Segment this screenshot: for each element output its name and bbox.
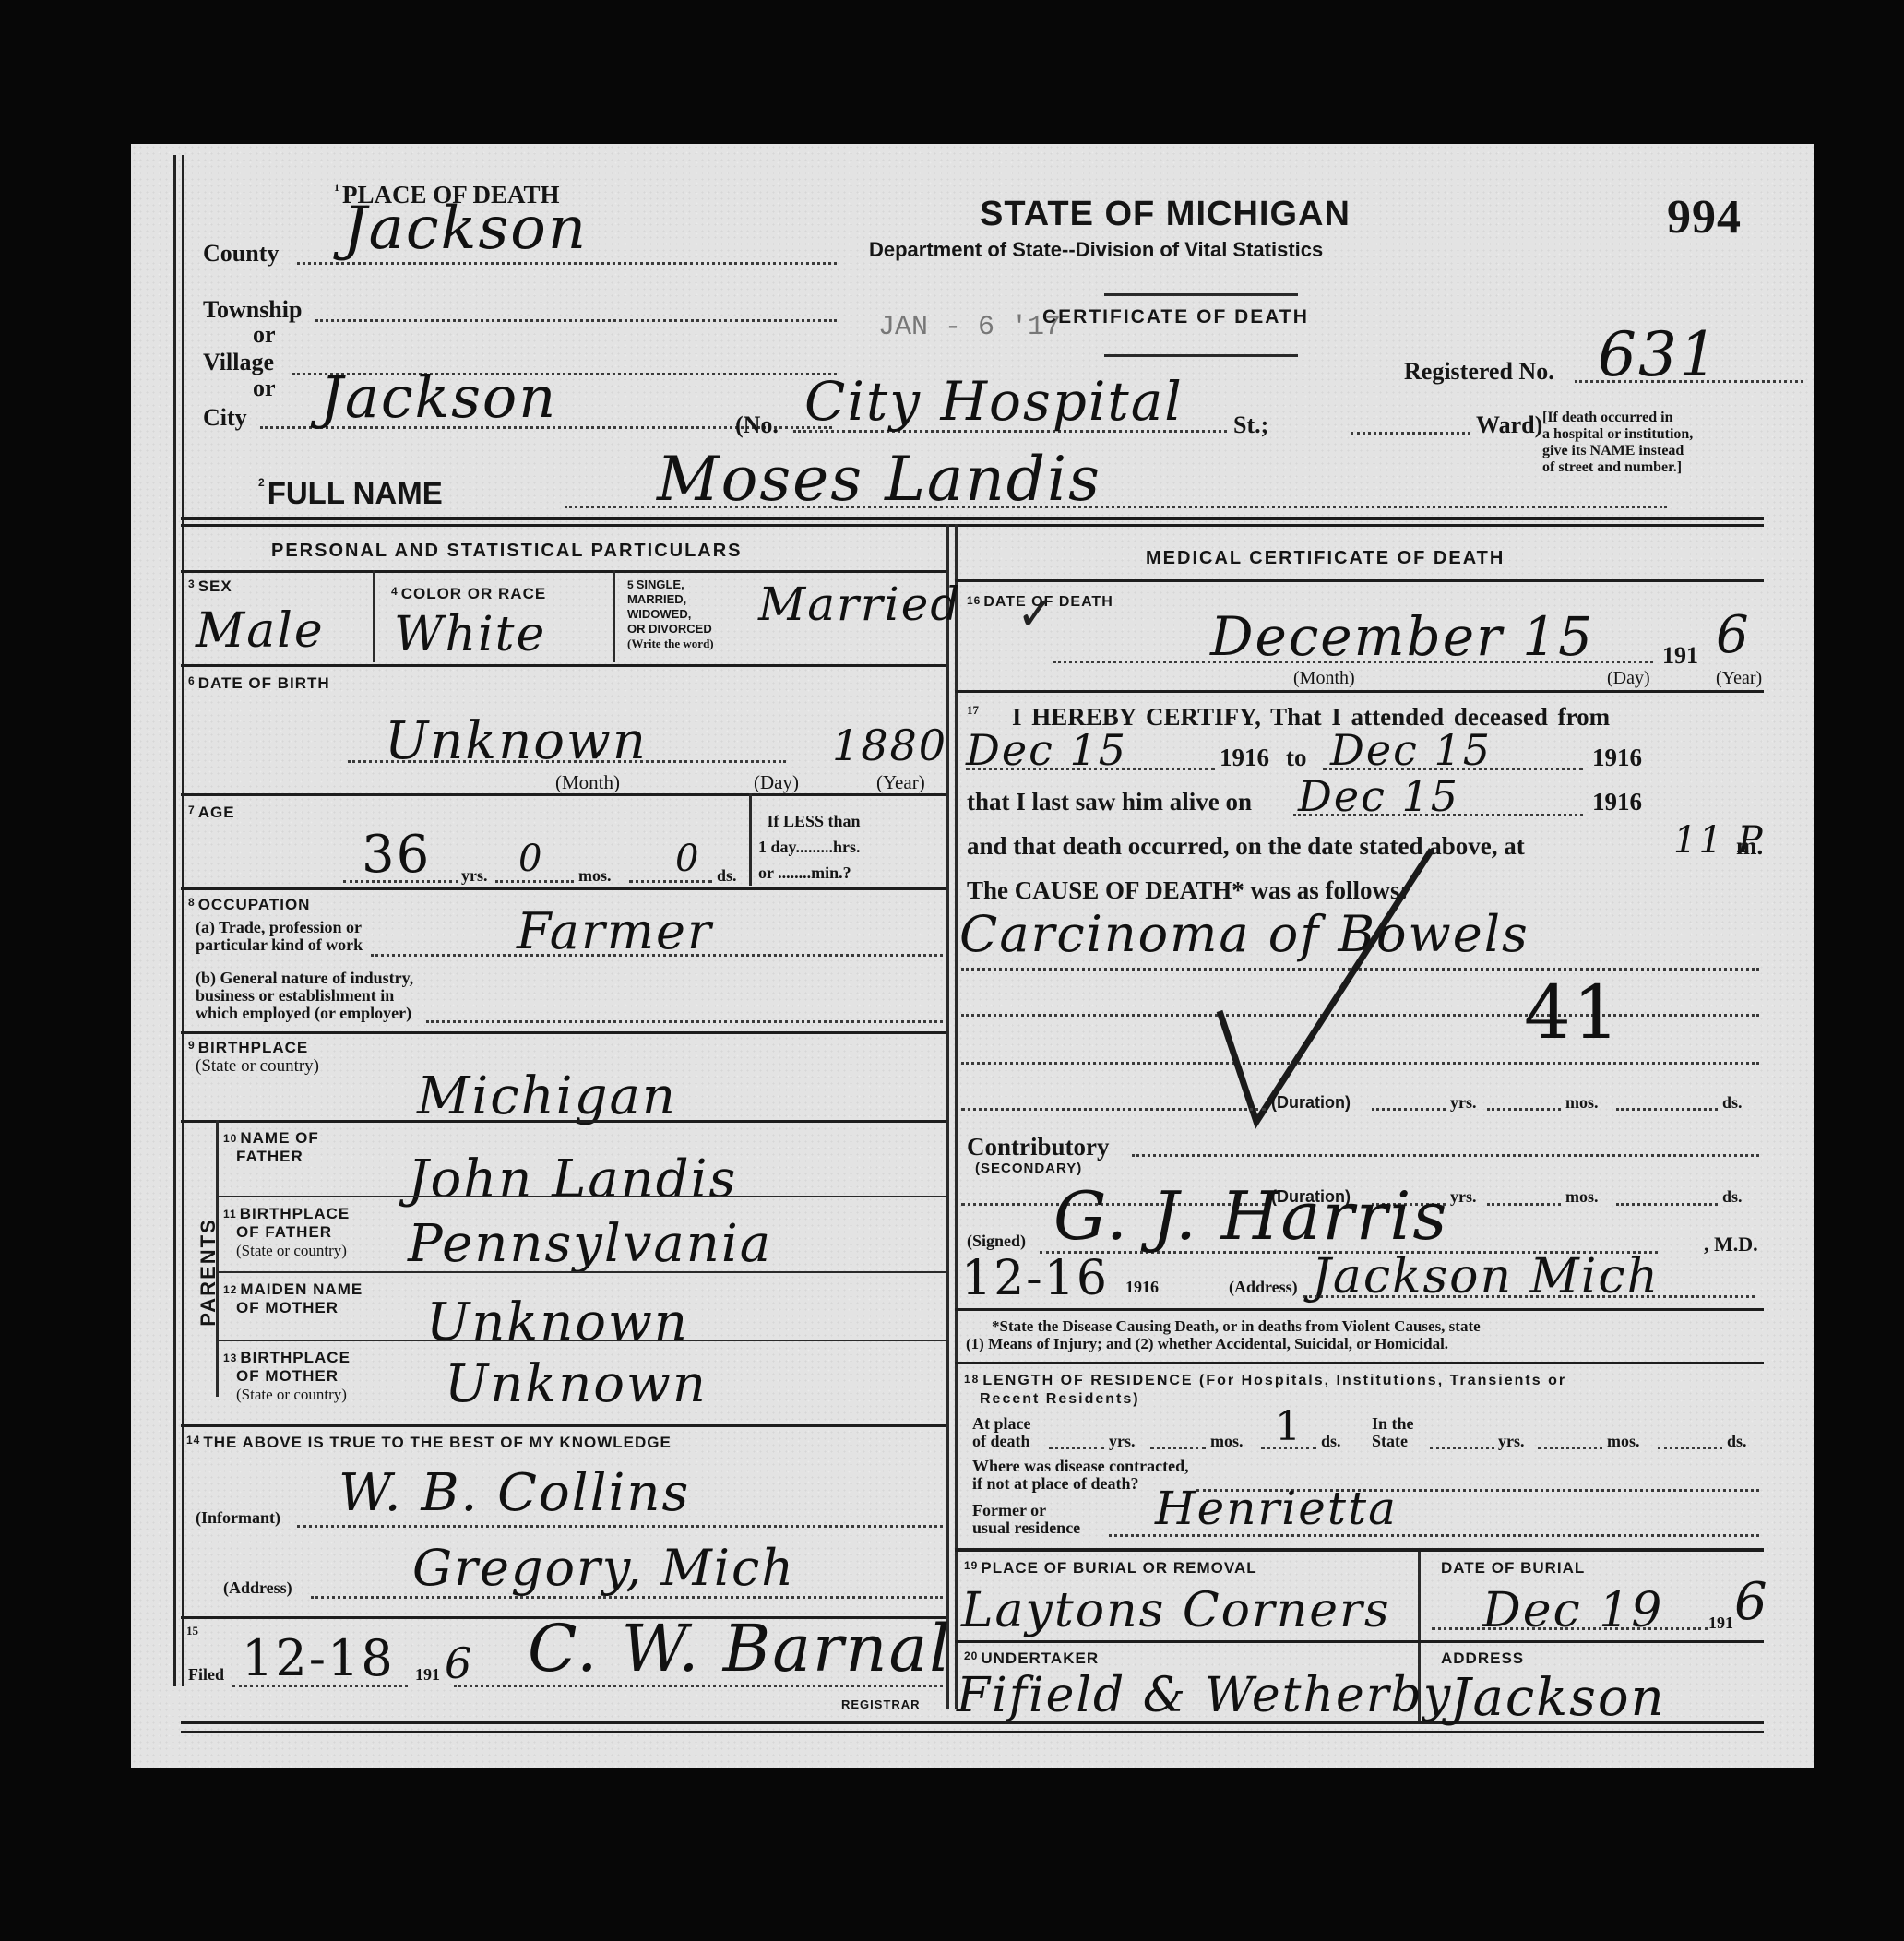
received-stamp: JAN - 6 '17 bbox=[878, 312, 1061, 343]
contributory-mos: mos. bbox=[1565, 1188, 1599, 1206]
contributory-line bbox=[1132, 1154, 1759, 1157]
certify-num: 17 bbox=[967, 701, 979, 719]
burial-date-label: DATE OF BURIAL bbox=[1441, 1559, 1585, 1578]
father-name-value: John Landis bbox=[408, 1149, 737, 1209]
duration-mos: mos. bbox=[1565, 1094, 1599, 1112]
year-caption: (Year) bbox=[1716, 668, 1762, 689]
section-rule bbox=[181, 524, 1764, 527]
signed-label: (Signed) bbox=[967, 1232, 1026, 1250]
sex-label: 3SEX bbox=[188, 578, 232, 596]
dob-year: 1880 bbox=[832, 720, 947, 770]
last-saw-year: 1916 bbox=[1592, 788, 1642, 816]
registered-number: 631 bbox=[1598, 319, 1720, 390]
hospital-note: [If death occurred in a hospital or inst… bbox=[1542, 410, 1693, 476]
to-label: to bbox=[1286, 744, 1307, 772]
mother-birthplace-value: Unknown bbox=[445, 1354, 708, 1414]
month-caption: (Month) bbox=[1293, 668, 1355, 689]
burial-year-digit: 6 bbox=[1734, 1572, 1769, 1632]
contributory-ds-line bbox=[1616, 1203, 1718, 1206]
attended-to-line bbox=[1323, 768, 1583, 770]
divider bbox=[1104, 354, 1298, 357]
code-mark: 41 bbox=[1524, 970, 1622, 1055]
rule bbox=[955, 1548, 1764, 1552]
informant-address-value: Gregory, Mich bbox=[412, 1539, 795, 1597]
footnote: *State the Disease Causing Death, or in … bbox=[966, 1317, 1481, 1352]
contributory-mos-line bbox=[1487, 1203, 1561, 1206]
at-place-mos-line bbox=[1150, 1447, 1206, 1449]
father-name-label: 10NAME OF FATHER bbox=[223, 1129, 319, 1166]
former-residence-label: Former or usual residence bbox=[972, 1502, 1080, 1537]
registrar-label: REGISTRAR bbox=[841, 1697, 921, 1711]
at-place-yrs: yrs. bbox=[1109, 1433, 1136, 1450]
at-place-mos: mos. bbox=[1210, 1433, 1244, 1450]
at-place-days: 1 bbox=[1275, 1403, 1303, 1450]
filing-num: 15 bbox=[186, 1622, 198, 1639]
filed-date: 12-18 bbox=[242, 1629, 395, 1687]
cell-divider bbox=[613, 570, 615, 662]
undertaker-address-value: Jackson bbox=[1450, 1668, 1666, 1728]
age-months-line bbox=[495, 880, 574, 883]
marital-value: Married bbox=[758, 578, 961, 631]
age-years-line bbox=[343, 880, 458, 883]
filed-year-prefix: 191 bbox=[415, 1666, 440, 1684]
duration-line bbox=[961, 1108, 1266, 1111]
yrs-label: yrs. bbox=[461, 867, 488, 885]
in-state-mos: mos. bbox=[1607, 1433, 1640, 1450]
day-caption: (Day) bbox=[1607, 668, 1650, 689]
informant-line bbox=[297, 1525, 943, 1528]
birthplace-label: 9BIRTHPLACE bbox=[188, 1039, 308, 1057]
rule bbox=[181, 793, 946, 796]
undertaker-value: Fifield & Wetherby bbox=[957, 1668, 1452, 1723]
full-name-label: 2FULL NAME bbox=[258, 476, 443, 511]
filed-label: Filed bbox=[188, 1666, 224, 1684]
in-state-ds-line bbox=[1658, 1447, 1722, 1449]
center-divider bbox=[946, 524, 949, 1709]
time-suffix: m. bbox=[1736, 832, 1763, 861]
rule bbox=[216, 1271, 946, 1273]
duration-yrs-line bbox=[1372, 1108, 1446, 1111]
informant-value: W. B. Collins bbox=[339, 1463, 690, 1523]
street-no-label: (No. bbox=[735, 411, 779, 439]
rule bbox=[181, 1031, 946, 1034]
rule bbox=[955, 1308, 1764, 1311]
informant-label: (Informant) bbox=[196, 1509, 280, 1527]
mother-name-value: Unknown bbox=[426, 1292, 689, 1352]
ward-line bbox=[1351, 432, 1470, 435]
dod-year-digit: 6 bbox=[1716, 605, 1751, 665]
attended-from-line bbox=[966, 768, 1215, 770]
occupation-b-line bbox=[426, 1020, 943, 1023]
age-years: 36 bbox=[362, 825, 431, 885]
checkmark-icon: ✓ bbox=[1017, 587, 1055, 640]
dob-label: 6DATE OF BIRTH bbox=[188, 674, 330, 693]
left-border-line bbox=[182, 155, 184, 1686]
at-place-yrs-line bbox=[1049, 1447, 1104, 1449]
race-label: 4COLOR OR RACE bbox=[391, 585, 546, 603]
rule bbox=[181, 664, 946, 667]
age-label: 7AGE bbox=[188, 804, 235, 822]
marital-label: 5SINGLE, MARRIED, WIDOWED, OR DIVORCED (… bbox=[627, 578, 714, 651]
mos-label: mos. bbox=[578, 867, 612, 885]
or-label: or bbox=[253, 375, 276, 402]
md-label: , M.D. bbox=[1704, 1232, 1758, 1256]
township-label: Township bbox=[203, 296, 302, 324]
certificate-title: CERTIFICATE OF DEATH bbox=[1042, 306, 1309, 328]
undertaker-address-label: ADDRESS bbox=[1441, 1649, 1524, 1668]
sex-value: Male bbox=[196, 603, 325, 659]
burial-date-value: Dec 19 bbox=[1482, 1583, 1663, 1638]
occupation-label: 8OCCUPATION bbox=[188, 896, 310, 914]
less-than-note: If LESS than 1 day.........hrs. or .....… bbox=[758, 808, 861, 886]
personal-heading: PERSONAL AND STATISTICAL PARTICULARS bbox=[271, 541, 743, 562]
father-birthplace-label: 11BIRTHPLACE OF FATHER (State or country… bbox=[223, 1205, 350, 1260]
duration-ds: ds. bbox=[1722, 1094, 1743, 1112]
registrar-signature: C. W. Barnal bbox=[528, 1611, 952, 1686]
city-value: Jackson bbox=[320, 363, 557, 431]
residence-label: 18LENGTH OF RESIDENCE (For Hospitals, In… bbox=[964, 1373, 1566, 1389]
bottom-rule bbox=[181, 1731, 1764, 1733]
race-value: White bbox=[394, 607, 546, 662]
former-residence-value: Henrietta bbox=[1155, 1482, 1398, 1535]
death-certificate: 1PLACE OF DEATH STATE OF MICHIGAN 994 De… bbox=[131, 144, 1814, 1768]
duration-label: (Duration) bbox=[1271, 1094, 1351, 1112]
informant-heading: 14THE ABOVE IS TRUE TO THE BEST OF MY KN… bbox=[186, 1434, 672, 1452]
registered-no-label: Registered No. bbox=[1404, 358, 1554, 386]
attended-to-year: 1916 bbox=[1592, 744, 1642, 772]
duration-yrs: yrs. bbox=[1450, 1094, 1477, 1112]
form-number: 994 bbox=[1667, 190, 1742, 244]
contributory-label: Contributory bbox=[967, 1133, 1110, 1161]
signed-date: 12-16 bbox=[961, 1251, 1109, 1306]
mother-name-label: 12MAIDEN NAME OF MOTHER bbox=[223, 1280, 363, 1317]
or-label: or bbox=[253, 321, 276, 349]
in-state-label: In the State bbox=[1372, 1415, 1414, 1450]
city-label: City bbox=[203, 404, 247, 432]
divider bbox=[1104, 293, 1298, 296]
cell-divider bbox=[373, 570, 375, 662]
ward-label: Ward) bbox=[1476, 411, 1542, 439]
occupation-a-label: (a) Trade, profession or particular kind… bbox=[196, 919, 363, 954]
rule bbox=[216, 1196, 946, 1197]
full-name-value: Moses Landis bbox=[657, 444, 1101, 515]
physician-signature: G. J. Harris bbox=[1053, 1177, 1448, 1255]
age-days-line bbox=[629, 880, 712, 883]
rule bbox=[181, 887, 946, 890]
age-months: 0 bbox=[518, 838, 543, 880]
year-caption: (Year) bbox=[876, 771, 925, 794]
date-of-death-value: December 15 bbox=[1210, 605, 1594, 668]
at-place-label: At place of death bbox=[972, 1415, 1030, 1450]
month-caption: (Month) bbox=[555, 771, 620, 794]
birthplace-value: Michigan bbox=[417, 1066, 677, 1126]
occupation-b-label: (b) General nature of industry, business… bbox=[196, 970, 413, 1022]
department-subtitle: Department of State--Division of Vital S… bbox=[869, 238, 1323, 262]
dod-year-prefix: 191 bbox=[1662, 642, 1698, 670]
county-label: County bbox=[203, 240, 279, 268]
center-divider bbox=[955, 524, 958, 1709]
in-state-ds: ds. bbox=[1727, 1433, 1747, 1450]
undertaker-label: 20UNDERTAKER bbox=[964, 1649, 1099, 1668]
residence-label-cont: Recent Residents) bbox=[980, 1391, 1140, 1408]
informant-address-label: (Address) bbox=[223, 1579, 292, 1597]
last-saw-line bbox=[1293, 814, 1583, 816]
duration-mos-line bbox=[1487, 1108, 1561, 1111]
attended-from-year: 1916 bbox=[1220, 744, 1269, 772]
in-state-mos-line bbox=[1538, 1447, 1602, 1449]
physician-address-line bbox=[1303, 1295, 1755, 1298]
dob-month: Unknown bbox=[385, 711, 648, 771]
burial-place-value: Laytons Corners bbox=[961, 1583, 1391, 1638]
rule bbox=[955, 690, 1764, 693]
duration-ds-line bbox=[1616, 1108, 1718, 1111]
rule bbox=[955, 579, 1764, 582]
rule bbox=[181, 570, 946, 573]
occupation-a-value: Farmer bbox=[517, 902, 713, 960]
at-place-ds: ds. bbox=[1321, 1433, 1341, 1450]
contributory-ds: ds. bbox=[1722, 1188, 1743, 1206]
rule bbox=[181, 1120, 946, 1123]
rule bbox=[181, 1424, 946, 1427]
filed-year-digit: 6 bbox=[445, 1638, 473, 1688]
rule bbox=[955, 1640, 1764, 1643]
left-border-line bbox=[173, 155, 176, 1686]
father-birthplace-value: Pennsylvania bbox=[408, 1214, 772, 1274]
mother-birthplace-label: 13BIRTHPLACE OF MOTHER (State or country… bbox=[223, 1349, 351, 1404]
age-days: 0 bbox=[675, 838, 700, 880]
st-label: St.; bbox=[1233, 411, 1268, 439]
medical-heading: MEDICAL CERTIFICATE OF DEATH bbox=[1146, 548, 1505, 569]
in-state-yrs-line bbox=[1430, 1447, 1494, 1449]
rule bbox=[955, 1362, 1764, 1364]
township-line bbox=[315, 319, 837, 322]
county-value: Jackson bbox=[343, 195, 588, 263]
last-saw-label: that I last saw him alive on bbox=[967, 788, 1252, 816]
burial-year-prefix: 191 bbox=[1708, 1614, 1733, 1632]
rule bbox=[216, 1340, 946, 1341]
birthplace-sub: (State or country) bbox=[196, 1057, 319, 1075]
in-state-yrs: yrs. bbox=[1498, 1433, 1525, 1450]
cell-divider bbox=[749, 793, 752, 886]
day-caption: (Day) bbox=[754, 771, 799, 794]
physician-address-label: (Address) bbox=[1229, 1279, 1298, 1296]
contributory-yrs: yrs. bbox=[1450, 1188, 1477, 1206]
at-place-ds-line bbox=[1261, 1447, 1316, 1449]
signed-year: 1916 bbox=[1125, 1279, 1159, 1296]
burial-place-label: 19PLACE OF BURIAL OR REMOVAL bbox=[964, 1559, 1257, 1578]
secondary-label: (SECONDARY) bbox=[975, 1161, 1082, 1176]
section-rule bbox=[181, 517, 1764, 520]
street-value: City Hospital bbox=[804, 370, 1184, 433]
village-label: Village bbox=[203, 349, 274, 376]
ds-label: ds. bbox=[717, 867, 737, 885]
state-title: STATE OF MICHIGAN bbox=[980, 195, 1351, 234]
